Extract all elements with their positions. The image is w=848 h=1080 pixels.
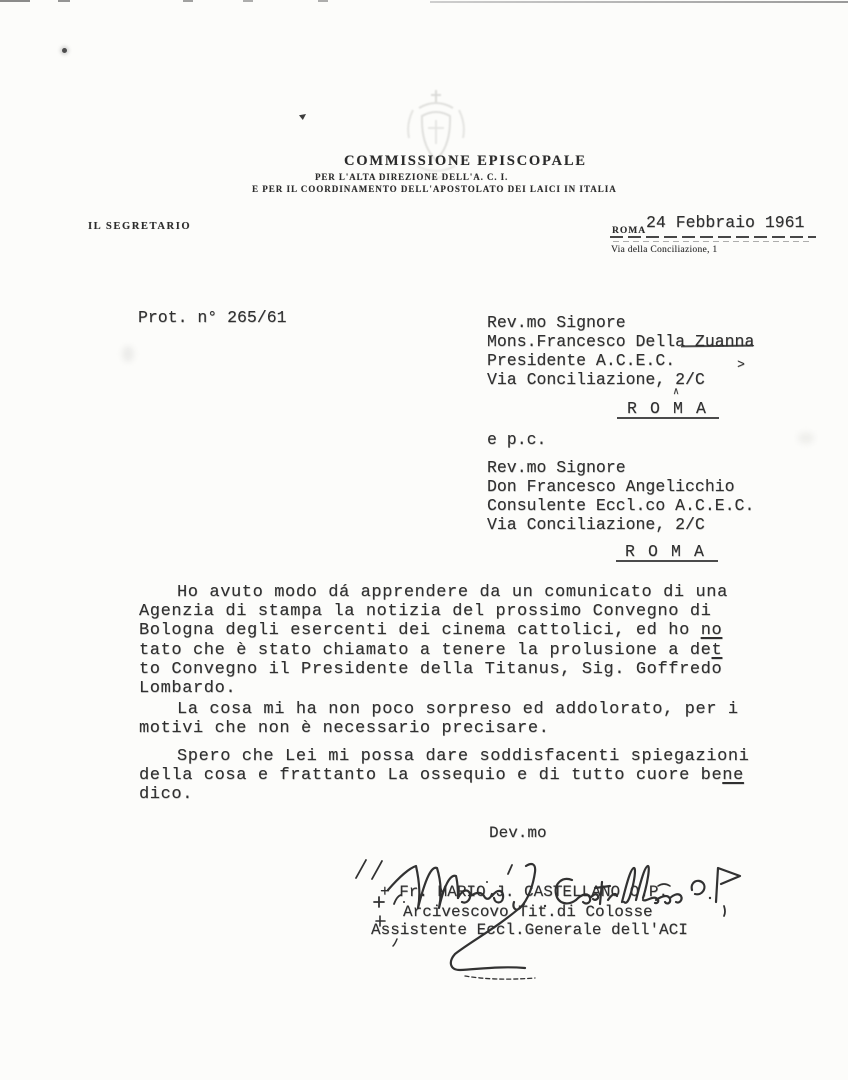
cc-label: e p.c. <box>487 430 546 449</box>
scan-artifact-top-edge-1 <box>0 0 30 2</box>
scan-artifact-top-edge-5 <box>318 0 328 2</box>
scan-artifact-smudge-2 <box>798 432 814 444</box>
body-line: Bologna degli esercenti dei cinema catto… <box>139 621 722 640</box>
body-line: La cosa mi ha non poco sorpreso ed addol… <box>177 700 739 719</box>
letter-date: 24 Febbraio 1961 <box>646 213 804 232</box>
recipient-city: R O M A <box>627 399 708 418</box>
scan-artifact-top-edge-3 <box>183 0 193 2</box>
cc-line: Consulente Eccl.co A.C.E.C. <box>487 496 754 515</box>
signature-title-2: Assistente Eccl.Generale dell'ACI <box>371 921 688 939</box>
scan-artifact-smudge-1 <box>122 346 134 362</box>
letterhead-subtitle-2: E PER IL COORDINAMENTO DELL'APOSTOLATO D… <box>252 184 617 194</box>
body-line: Lombardo. <box>139 679 236 698</box>
episcopal-crest-icon <box>393 50 479 224</box>
recipient-line: Mons.Francesco Della Zuanna <box>487 332 754 351</box>
letterhead-title: COMMISSIONE EPISCOPALE <box>344 153 587 170</box>
recipient-city-underline <box>617 417 719 419</box>
signature-title-1: Arcivescovo Tit.di Colosse <box>403 903 653 921</box>
scan-artifact-caret-mark: ∧ <box>673 386 679 398</box>
body-line: dico. <box>139 785 193 804</box>
date-rule-line <box>610 236 816 238</box>
letterhead-city-label: ROMA <box>612 226 646 236</box>
cc-city-underline <box>616 560 718 562</box>
letterhead-secretary-label: IL SEGRETARIO <box>88 221 191 232</box>
letterhead-street: Via della Conciliazione, 1 <box>611 245 717 255</box>
body-line: Spero che Lei mi possa dare soddisfacent… <box>177 747 750 766</box>
recipient-line: Rev.mo Signore <box>487 313 626 332</box>
cc-line: Via Conciliazione, 2/C <box>487 515 705 534</box>
scan-artifact-speck-1 <box>62 48 67 53</box>
body-line: to Convegno il Presidente della Titanus,… <box>139 660 722 679</box>
scan-artifact-top-edge-6 <box>430 1 848 3</box>
scan-artifact-speck-2 <box>299 114 306 120</box>
scan-artifact-stray-comma: ˃ <box>737 357 745 372</box>
body-line: Ho avuto modo dá apprendere da un comuni… <box>177 583 728 602</box>
scan-artifact-top-edge-4 <box>243 0 253 2</box>
scanned-letter-page: COMMISSIONE EPISCOPALE PER L'ALTA DIREZI… <box>0 0 848 1080</box>
recipient-line: Presidente A.C.E.C. <box>487 351 675 370</box>
cc-line: Rev.mo Signore <box>487 458 626 477</box>
signature-name: + Fr. MARIO J. CASTELLANO O.P. <box>380 883 668 901</box>
body-line: della cosa e frattanto La ossequio e di … <box>139 766 744 785</box>
letterhead-subtitle-1: PER L'ALTA DIREZIONE DELL'A. C. I. <box>315 172 508 182</box>
scan-artifact-top-edge-2 <box>58 0 70 2</box>
cc-city: R O M A <box>625 542 706 561</box>
body-line: motivi che non è necessario precisare. <box>139 719 549 738</box>
date-rule-line-2 <box>613 241 811 242</box>
body-line: tato che è stato chiamato a tenere la pr… <box>139 641 722 660</box>
protocol-number: Prot. n° 265/61 <box>138 308 287 327</box>
body-line: Agenzia di stampa la notizia del prossim… <box>139 602 712 621</box>
cc-line: Don Francesco Angelicchio <box>487 477 735 496</box>
